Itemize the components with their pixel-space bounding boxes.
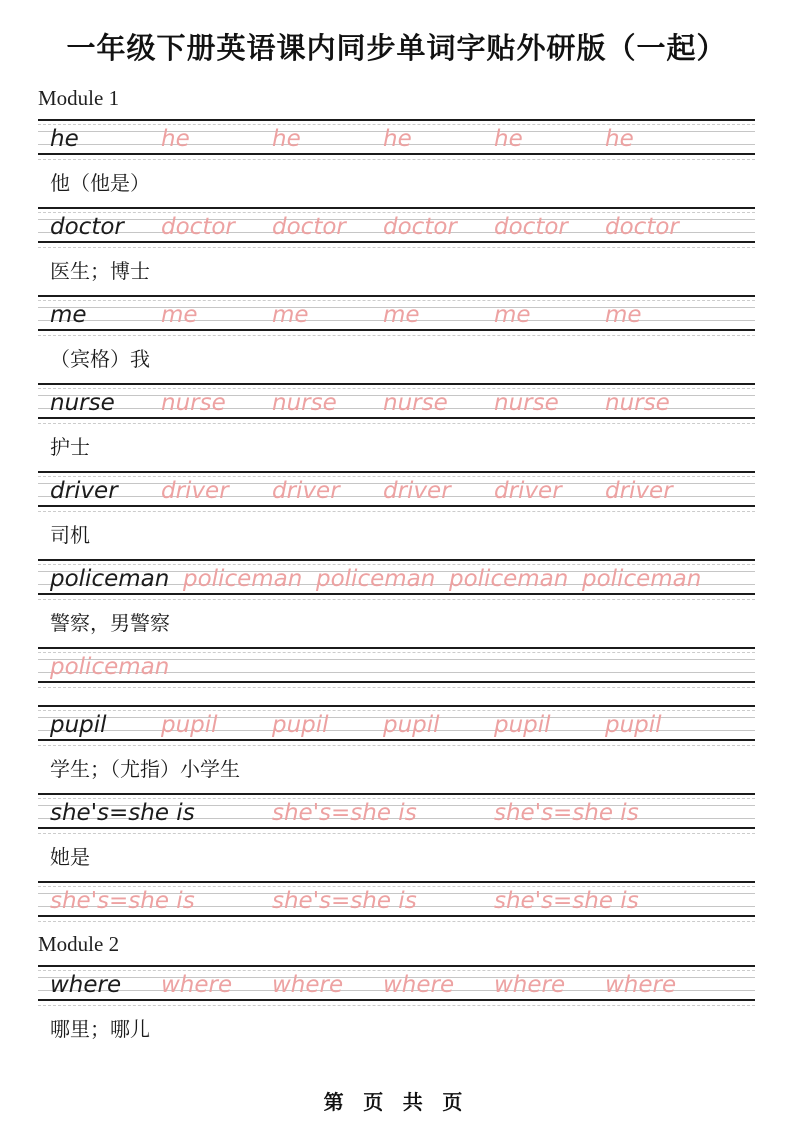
practice-word-trace: me <box>494 304 605 329</box>
practice-row: she's=she isshe's=she isshe's=she is <box>38 793 755 829</box>
practice-word-trace: me <box>605 304 716 329</box>
practice-word-trace: where <box>272 974 383 999</box>
practice-word-trace: policeman <box>449 568 582 593</box>
practice-words: driverdriverdriverdriverdriverdriver <box>50 473 755 505</box>
practice-word-trace: where <box>494 974 605 999</box>
practice-word-trace: me <box>272 304 383 329</box>
worksheet-page: 一年级下册英语课内同步单词字贴外研版（一起） Module 1heheheheh… <box>0 0 793 1122</box>
practice-word-trace: doctor <box>161 216 272 241</box>
practice-word-trace: pupil <box>161 714 272 739</box>
practice-word-trace: driver <box>272 480 383 505</box>
practice-word-trace: pupil <box>494 714 605 739</box>
practice-row: hehehehehehe <box>38 119 755 155</box>
practice-word-trace: policeman <box>582 568 715 593</box>
practice-words: doctordoctordoctordoctordoctordoctor <box>50 209 755 241</box>
practice-word-trace: he <box>272 128 383 153</box>
practice-word-trace: driver <box>605 480 716 505</box>
practice-word-trace: me <box>383 304 494 329</box>
practice-word-trace: nurse <box>605 392 716 417</box>
practice-word-trace: where <box>605 974 716 999</box>
module-label: Module 2 <box>38 933 755 955</box>
practice-row: policemanpolicemanpolicemanpolicemanpoli… <box>38 559 755 595</box>
practice-word-trace: she's=she is <box>272 890 494 915</box>
practice-words: memememememe <box>50 297 755 329</box>
practice-words: she's=she isshe's=she isshe's=she is <box>50 795 755 827</box>
practice-word-trace: she's=she is <box>494 802 716 827</box>
practice-word-trace: where <box>383 974 494 999</box>
practice-row: driverdriverdriverdriverdriverdriver <box>38 471 755 507</box>
practice-word-trace: nurse <box>383 392 494 417</box>
practice-word-trace: doctor <box>494 216 605 241</box>
practice-words: she's=she isshe's=she isshe's=she is <box>50 883 755 915</box>
practice-word-trace: where <box>161 974 272 999</box>
practice-word-trace: he <box>494 128 605 153</box>
practice-word-trace: driver <box>161 480 272 505</box>
practice-row: policeman <box>38 647 755 683</box>
translation-text: 她是 <box>50 846 755 868</box>
practice-word-trace: policeman <box>316 568 449 593</box>
translation-text: 医生；博士 <box>50 260 755 282</box>
practice-word-trace: he <box>605 128 716 153</box>
practice-word-trace: she's=she is <box>50 890 272 915</box>
translation-text: 司机 <box>50 524 755 546</box>
translation-text: 学生；（尤指）小学生 <box>50 758 755 780</box>
module-label: Module 1 <box>38 87 755 109</box>
page-footer: 第 页 共 页 <box>38 1086 755 1115</box>
translation-text: 警察，男警察 <box>50 612 755 634</box>
practice-word-ink: driver <box>50 480 161 505</box>
practice-word-trace: policeman <box>50 656 716 681</box>
practice-row: memememememe <box>38 295 755 331</box>
practice-word-ink: me <box>50 304 161 329</box>
practice-words: nursenursenursenursenursenurse <box>50 385 755 417</box>
practice-word-trace: doctor <box>272 216 383 241</box>
translation-text: 他（他是） <box>50 172 755 194</box>
practice-row: she's=she isshe's=she isshe's=she is <box>38 881 755 917</box>
practice-word-trace: driver <box>494 480 605 505</box>
practice-word-ink: doctor <box>50 216 161 241</box>
practice-word-ink: pupil <box>50 714 161 739</box>
practice-words: wherewherewherewherewherewhere <box>50 967 755 999</box>
practice-row: nursenursenursenursenursenurse <box>38 383 755 419</box>
practice-words: pupilpupilpupilpupilpupilpupil <box>50 707 755 739</box>
page-title: 一年级下册英语课内同步单词字贴外研版（一起） <box>38 26 755 67</box>
practice-word-trace: pupil <box>605 714 716 739</box>
practice-row: wherewherewherewherewherewhere <box>38 965 755 1001</box>
practice-words: hehehehehehe <box>50 121 755 153</box>
practice-words: policeman <box>50 649 755 681</box>
practice-word-trace: doctor <box>383 216 494 241</box>
practice-word-trace: she's=she is <box>272 802 494 827</box>
practice-word-ink: he <box>50 128 161 153</box>
practice-word-trace: driver <box>383 480 494 505</box>
practice-word-trace: policeman <box>183 568 316 593</box>
translation-text: （宾格）我 <box>50 348 755 370</box>
practice-word-trace: me <box>161 304 272 329</box>
worksheet-body: Module 1hehehehehehe他（他是）doctordoctordoc… <box>38 87 755 1040</box>
practice-word-trace: he <box>161 128 272 153</box>
practice-word-trace: pupil <box>272 714 383 739</box>
practice-word-trace: pupil <box>383 714 494 739</box>
translation-text: 哪里；哪儿 <box>50 1018 755 1040</box>
practice-word-ink: nurse <box>50 392 161 417</box>
practice-word-trace: nurse <box>272 392 383 417</box>
practice-word-ink: policeman <box>50 568 183 593</box>
practice-word-trace: nurse <box>161 392 272 417</box>
practice-row: doctordoctordoctordoctordoctordoctor <box>38 207 755 243</box>
practice-word-trace: she's=she is <box>494 890 716 915</box>
practice-words: policemanpolicemanpolicemanpolicemanpoli… <box>50 561 755 593</box>
practice-word-ink: she's=she is <box>50 802 272 827</box>
translation-text: 护士 <box>50 436 755 458</box>
practice-word-trace: doctor <box>605 216 716 241</box>
practice-word-trace: he <box>383 128 494 153</box>
practice-word-ink: where <box>50 974 161 999</box>
practice-word-trace: nurse <box>494 392 605 417</box>
practice-row: pupilpupilpupilpupilpupilpupil <box>38 705 755 741</box>
